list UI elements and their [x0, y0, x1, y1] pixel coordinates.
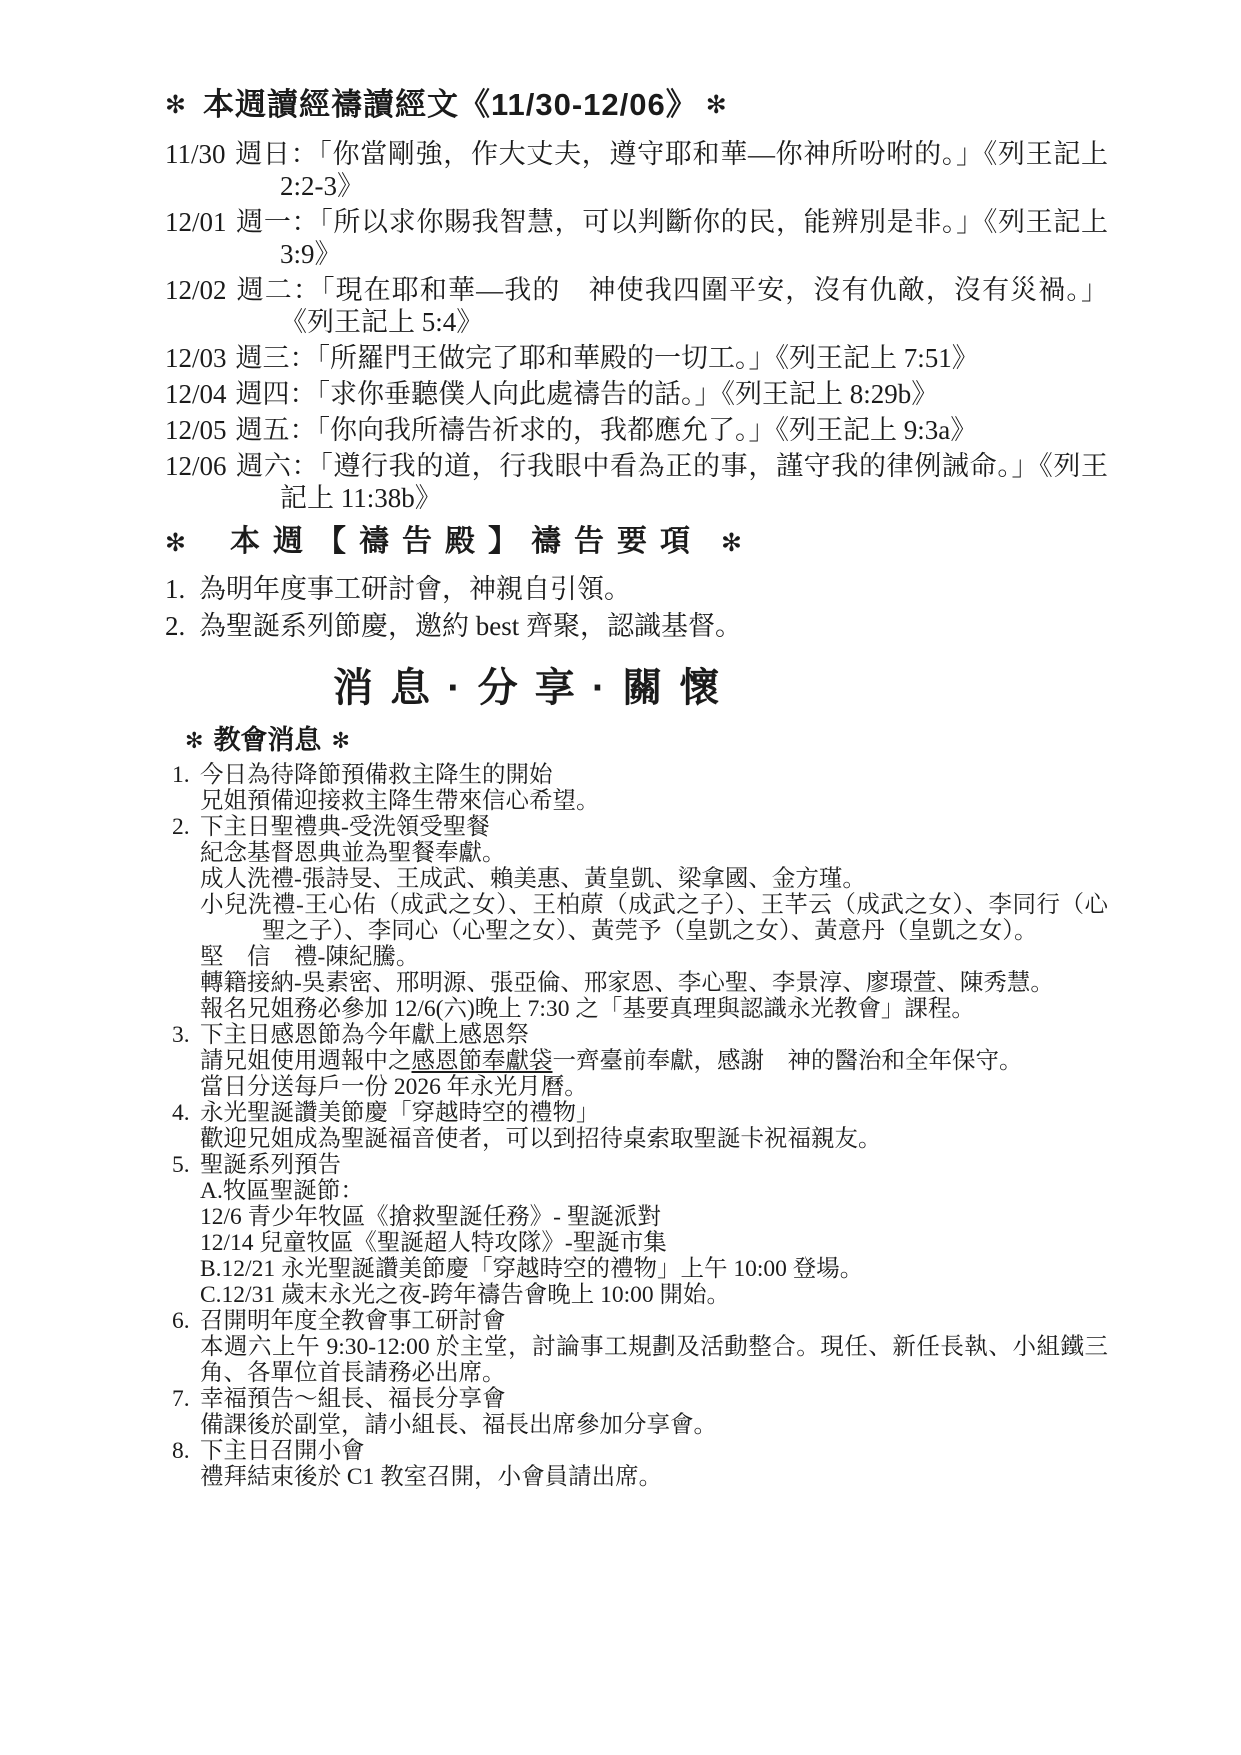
news-item-number: 7.: [172, 1386, 200, 1412]
reading-quote: 「你當剛強，作大丈夫，遵守耶和華—你神所吩咐的。」: [318, 139, 983, 169]
reading-line: 11/30週日：「你當剛強，作大丈夫，遵守耶和華—你神所吩咐的。」《列王記上 2…: [165, 138, 1108, 202]
news-item-body-line: 紀念基督恩典並為聖餐奉獻。: [200, 840, 1108, 866]
reading-quote: 「所羅門王做完了耶和華殿的一切工。」: [317, 343, 776, 373]
news-header-text: 教會消息: [213, 725, 321, 755]
scripture-section: ✻本週讀經禱讀經文《11/30-12/06》✻ 11/30週日：「你當剛強，作大…: [165, 88, 1108, 514]
reading-line: 12/05週五：「你向我所禱告祈求的，我都應允了。」《列王記上 9:3a》: [165, 414, 1108, 446]
reading-quote: 「現在耶和華—我的 神使我四圍平安，沒有仇敵，沒有災禍。」: [321, 275, 1108, 305]
prayer-item-text: 為聖誕系列節慶，邀約 best 齊聚，認識基督。: [199, 611, 742, 641]
reading-quote: 「所以求你賜我智慧，可以判斷你的民，能辨別是非。」: [319, 207, 984, 237]
reading-day: 週六：: [236, 451, 320, 481]
reading-ref: 《列王記上 8:29b》: [722, 379, 939, 409]
news-item-title-text: 永光聖誕讚美節慶「穿越時空的禮物」: [200, 1100, 600, 1126]
news-item-title-text: 幸福預告～組長、福長分享會: [200, 1386, 506, 1412]
calendar-line: 當日分送每戶一份 2026 年永光月曆。: [200, 1074, 1108, 1100]
sub-item-b: B.12/21 永光聖誕讚美節慶「穿越時空的禮物」上午 10:00 登場。: [200, 1256, 1108, 1282]
news-item-number: 8.: [172, 1438, 200, 1464]
adult-baptism-line: 成人洗禮-張詩旻、王成武、賴美惠、黃皇凱、梁拿國、金方瑾。: [200, 866, 1108, 892]
reading-line: 12/06週六：「遵行我的道，行我眼中看為正的事，謹守我的律例誡命。」《列王記上…: [165, 450, 1108, 514]
reading-ref: 《列王記上 5:4》: [280, 307, 483, 337]
reading-date: 11/30: [165, 139, 226, 169]
news-item-title: 8.下主日召開小會: [165, 1438, 1108, 1464]
news-item-5: 5.聖誕系列預告 A.牧區聖誕節： 12/6 青少年牧區《搶救聖誕任務》- 聖誕…: [165, 1152, 1108, 1308]
scripture-title: 本週讀經禱讀經文《11/30-12/06》: [203, 87, 698, 122]
prayer-item: 1.為明年度事工研討會，神親自引領。: [165, 571, 1108, 608]
reading-date: 12/02: [165, 275, 227, 305]
offering-bag-underlined: 感恩節奉獻袋: [412, 1048, 553, 1074]
news-item-number: 6.: [172, 1308, 200, 1334]
news-item-title: 3.下主日感恩節為今年獻上感恩祭: [165, 1022, 1108, 1048]
prayer-item-text: 為明年度事工研討會，神親自引領。: [199, 574, 631, 604]
news-item-title: 2.下主日聖禮典-受洗領受聖餐: [165, 814, 1108, 840]
offering-line-pre: 請兄姐使用週報中之: [200, 1048, 412, 1074]
reading-day: 週一：: [236, 207, 320, 237]
flower-icon: ✻: [165, 91, 187, 119]
flower-icon: ✻: [185, 728, 203, 753]
news-item-body: 歡迎兄姐成為聖誕福音使者，可以到招待桌索取聖誕卡祝福親友。: [200, 1126, 1108, 1152]
sub-item-c: C.12/31 歲末永光之夜-跨年禱告會晚上 10:00 開始。: [200, 1282, 1108, 1308]
news-item-8: 8.下主日召開小會 禮拜結束後於 C1 教室召開，小會員請出席。: [165, 1438, 1108, 1490]
news-item-2: 2.下主日聖禮典-受洗領受聖餐 紀念基督恩典並為聖餐奉獻。 成人洗禮-張詩旻、王…: [165, 814, 1108, 1022]
reading-date: 12/05: [165, 415, 227, 445]
reading-line: 12/03週三：「所羅門王做完了耶和華殿的一切工。」《列王記上 7:51》: [165, 342, 1108, 374]
news-item-1: 1.今日為待降節預備救主降生的開始 兄姐預備迎接救主降生帶來信心希望。: [165, 762, 1108, 814]
news-header: ✻教會消息✻: [185, 725, 1108, 756]
reading-quote: 「求你垂聽僕人向此處禱告的話。」: [317, 379, 722, 409]
news-item-title: 1.今日為待降節預備救主降生的開始: [165, 762, 1108, 788]
offering-line-post: 一齊臺前奉獻，感謝 神的醫治和全年保守。: [553, 1048, 1023, 1074]
bulletin-page: ✻本週讀經禱讀經文《11/30-12/06》✻ 11/30週日：「你當剛強，作大…: [0, 0, 1241, 1755]
sub-item-a2: 12/14 兒童牧區《聖誕超人特攻隊》-聖誕市集: [200, 1230, 1108, 1256]
reading-day: 週四：: [236, 379, 317, 409]
news-item-body: 本週六上午 9:30-12:00 於主堂，討論事工規劃及活動整合。現任、新任長執…: [200, 1334, 1108, 1386]
news-item-body: 兄姐預備迎接救主降生帶來信心希望。: [200, 788, 1108, 814]
news-item-title: 6.召開明年度全教會事工研討會: [165, 1308, 1108, 1334]
membership-transfer-line: 轉籍接納-吳素密、邢明源、張亞倫、邢家恩、李心聖、李景淳、廖璟萱、陳秀慧。: [200, 970, 1108, 996]
news-item-body: 禮拜結束後於 C1 教室召開，小會員請出席。: [200, 1464, 1108, 1490]
reading-quote: 「你向我所禱告祈求的，我都應允了。」: [317, 415, 776, 445]
news-item-6: 6.召開明年度全教會事工研討會 本週六上午 9:30-12:00 於主堂，討論事…: [165, 1308, 1108, 1386]
prayer-item: 2.為聖誕系列節慶，邀約 best 齊聚，認識基督。: [165, 608, 1108, 645]
prayer-section: ✻本週【禱告殿】禱告要項✻ 1.為明年度事工研討會，神親自引領。 2.為聖誕系列…: [165, 522, 1108, 645]
news-item-number: 1.: [172, 762, 200, 788]
flower-icon: ✻: [721, 529, 742, 557]
reading-date: 12/06: [165, 451, 227, 481]
reading-day: 週二：: [236, 275, 321, 305]
news-item-7: 7.幸福預告～組長、福長分享會 備課後於副堂，請小組長、福長出席參加分享會。: [165, 1386, 1108, 1438]
news-item-title-text: 今日為待降節預備救主降生的開始: [200, 762, 553, 788]
reading-date: 12/03: [165, 343, 227, 373]
flower-icon: ✻: [331, 728, 349, 753]
prayer-header: ✻本週【禱告殿】禱告要項✻: [165, 522, 1108, 563]
thanksgiving-offering-line: 請兄姐使用週報中之感恩節奉獻袋一齊臺前奉獻，感謝 神的醫治和全年保守。: [200, 1048, 1108, 1074]
prayer-title: 本週【禱告殿】禱告要項: [230, 525, 703, 558]
news-item-body: 備課後於副堂，請小組長、福長出席參加分享會。: [200, 1412, 1108, 1438]
news-item-title: 5.聖誕系列預告: [165, 1152, 1108, 1178]
reading-ref: 《列王記上 7:51》: [776, 343, 979, 373]
news-item-title-text: 召開明年度全教會事工研討會: [200, 1308, 506, 1334]
news-item-4: 4.永光聖誕讚美節慶「穿越時空的禮物」 歡迎兄姐成為聖誕福音使者，可以到招待桌索…: [165, 1100, 1108, 1152]
reading-ref: 《列王記上 9:3a》: [776, 415, 978, 445]
reading-day: 週日：: [235, 139, 319, 169]
news-item-title-text: 聖誕系列預告: [200, 1152, 341, 1178]
confirmation-line: 堅 信 禮-陳紀騰。: [200, 944, 1108, 970]
reading-date: 12/01: [165, 207, 227, 237]
news-item-number: 3.: [172, 1022, 200, 1048]
child-baptism-line: 小兒洗禮-王心佑（成武之女）、王柏蒝（成武之子）、王芊云（成武之女）、李同行（心…: [200, 892, 1108, 944]
sub-item-a1: 12/6 青少年牧區《搶救聖誕任務》- 聖誕派對: [200, 1204, 1108, 1230]
news-item-title-text: 下主日召開小會: [200, 1438, 365, 1464]
news-item-3: 3.下主日感恩節為今年獻上感恩祭 請兄姐使用週報中之感恩節奉獻袋一齊臺前奉獻，感…: [165, 1022, 1108, 1100]
reading-quote: 「遵行我的道，行我眼中看為正的事，謹守我的律例誡命。」: [319, 451, 1039, 481]
flower-icon: ✻: [706, 91, 728, 119]
reading-day: 週三：: [236, 343, 317, 373]
prayer-item-number: 2.: [165, 608, 199, 645]
news-item-number: 5.: [172, 1152, 200, 1178]
main-title: 消 息 · 分 享 · 關 懷: [333, 663, 1108, 713]
reading-line: 12/02週二：「現在耶和華—我的 神使我四圍平安，沒有仇敵，沒有災禍。」《列王…: [165, 274, 1108, 338]
signup-course-line: 報名兄姐務必參加 12/6(六)晚上 7:30 之「基要真理與認識永光教會」課程…: [200, 996, 1108, 1022]
news-item-title-text: 下主日聖禮典-受洗領受聖餐: [200, 814, 490, 840]
scripture-header: ✻本週讀經禱讀經文《11/30-12/06》✻: [165, 88, 1108, 122]
news-item-title-text: 下主日感恩節為今年獻上感恩祭: [200, 1022, 529, 1048]
sub-item-a: A.牧區聖誕節：: [200, 1178, 1108, 1204]
reading-line: 12/01週一：「所以求你賜我智慧，可以判斷你的民，能辨別是非。」《列王記上 3…: [165, 206, 1108, 270]
reading-day: 週五：: [236, 415, 317, 445]
prayer-item-number: 1.: [165, 571, 199, 608]
reading-line: 12/04週四：「求你垂聽僕人向此處禱告的話。」《列王記上 8:29b》: [165, 378, 1108, 410]
news-item-title: 4.永光聖誕讚美節慶「穿越時空的禮物」: [165, 1100, 1108, 1126]
news-item-title: 7.幸福預告～組長、福長分享會: [165, 1386, 1108, 1412]
news-item-number: 2.: [172, 814, 200, 840]
news-section: ✻教會消息✻ 1.今日為待降節預備救主降生的開始 兄姐預備迎接救主降生帶來信心希…: [165, 725, 1108, 1490]
flower-icon: ✻: [165, 529, 186, 557]
reading-date: 12/04: [165, 379, 227, 409]
news-item-number: 4.: [172, 1100, 200, 1126]
